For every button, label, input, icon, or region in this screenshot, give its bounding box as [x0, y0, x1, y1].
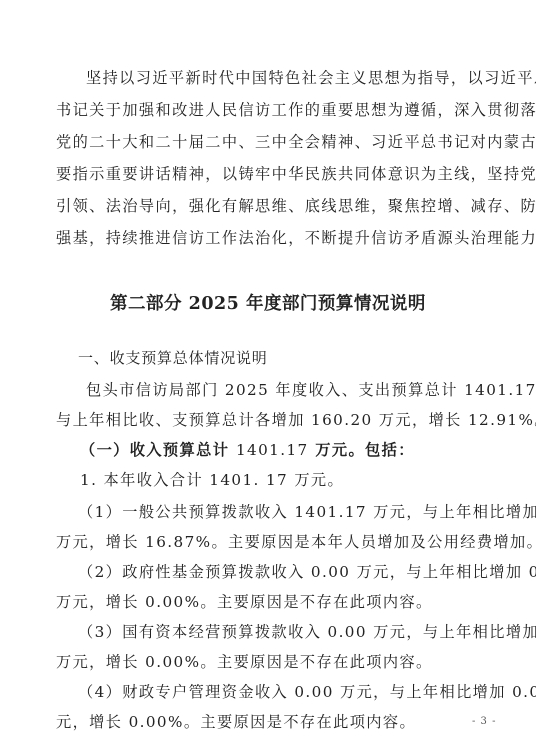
summary-line: 与上年相比收、支预算总计各增加 160.20 万元，增长 12.91%。其中: [56, 410, 486, 430]
intro-line: 书记关于加强和改进人民信访工作的重要思想为遵循，深入贯彻落实 [56, 100, 486, 120]
item-line: 元，增长 0.00%。主要原因是不存在此项内容。 [56, 712, 486, 732]
item-line: 万元，增长 0.00%。主要原因是不存在此项内容。 [56, 592, 486, 612]
intro-line: 引领、法治导向，强化有解思维、底线思维，聚焦控增、减存、防变、 [56, 196, 486, 216]
summary-line: 包头市信访局部门 2025 年度收入、支出预算总计 1401.17 万元， [86, 380, 516, 400]
subheading-prefix: （一）收入预算总计 [80, 441, 236, 459]
item-line: 万元，增长 16.87%。主要原因是本年人员增加及公用经费增加。 [56, 532, 486, 552]
section-title: 第二部分 2025 年度部门预算情况说明 [0, 290, 536, 315]
item-line: （3）国有资本经营预算拨款收入 0.00 万元，与上年相比增加 0.00 [78, 622, 508, 642]
item-line: （4）财政专户管理资金收入 0.00 万元，与上年相比增加 0.00 万 [78, 682, 508, 702]
intro-line: 要指示重要讲话精神，以铸牢中华民族共同体意识为主线，坚持党建 [56, 164, 486, 184]
item-line: （2）政府性基金预算拨款收入 0.00 万元，与上年相比增加 0.00 [78, 562, 508, 582]
heading-1: 一、收支预算总体情况说明 [78, 348, 508, 368]
subheading-income: （一）收入预算总计 1401.17 万元。包括： [80, 440, 510, 460]
document-page: 坚持以习近平新时代中国特色社会主义思想为指导，以习近平总 书记关于加强和改进人民… [0, 0, 536, 755]
intro-line: 强基，持续推进信访工作法治化，不断提升信访矛盾源头治理能力和 [56, 228, 486, 248]
item-line: （1）一般公共预算拨款收入 1401.17 万元，与上年相比增加 202.26 [78, 502, 508, 522]
intro-line: 党的二十大和二十届二中、三中全会精神、习近平总书记对内蒙古重 [56, 132, 486, 152]
page-number: - 3 - [472, 716, 496, 727]
subheading-amount: 1401.17 [236, 441, 309, 459]
item-line: 万元，增长 0.00%。主要原因是不存在此项内容。 [56, 652, 486, 672]
subheading-suffix: 万元。包括： [309, 441, 415, 459]
item-1: 1. 本年收入合计 1401. 17 万元。 [80, 470, 510, 490]
intro-line: 坚持以习近平新时代中国特色社会主义思想为指导，以习近平总 [86, 68, 516, 88]
